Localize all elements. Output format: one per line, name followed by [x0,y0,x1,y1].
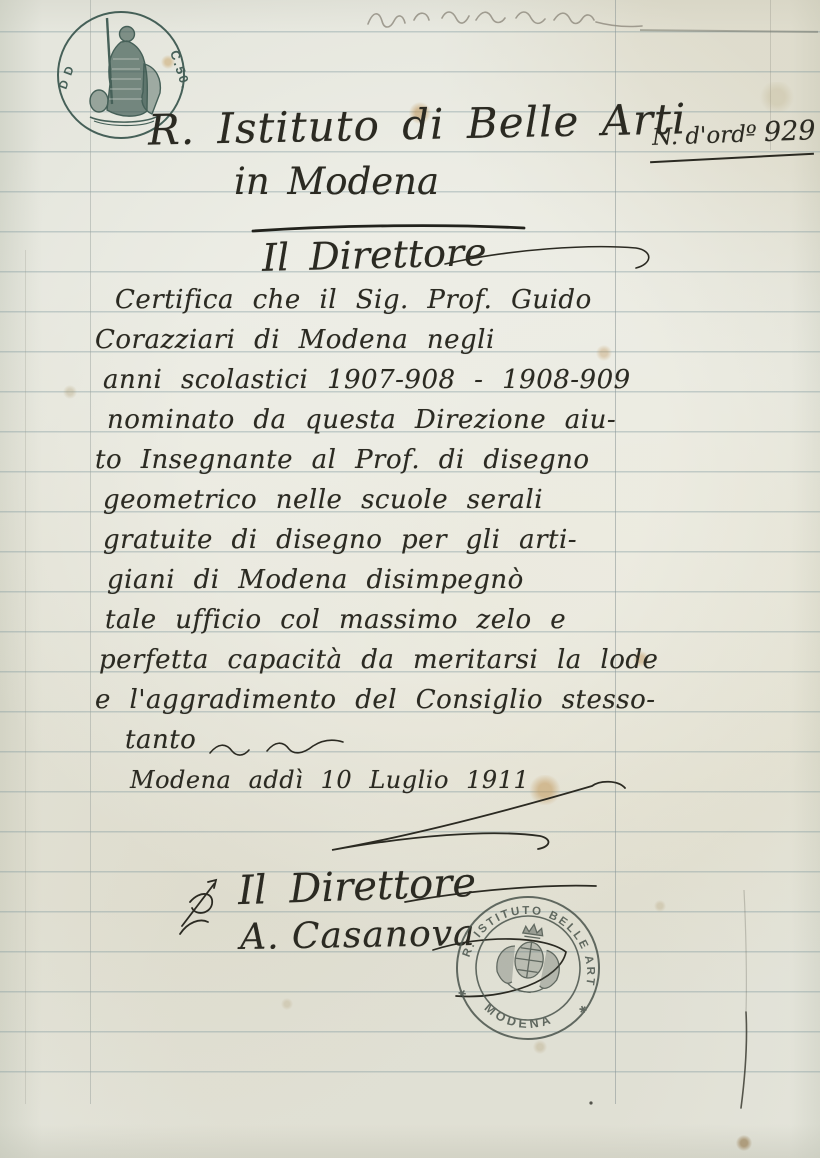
document-title: Il Direttore [261,230,487,280]
body-line: Corazziari di Modena negli [95,320,655,360]
pencil-annotation [358,0,648,36]
institute-city: in Modena [234,160,439,203]
round-stamp-star-right: ✱ [576,1003,589,1017]
revenue-denomination: C.50. [167,48,194,92]
left-crease-line [25,250,26,1104]
institute-name: R. Istituto di Belle Arti [148,94,687,154]
svg-text:MODENA: MODENA [480,999,558,1035]
body-line: perfetta capacità da meritarsi la lode [95,640,655,680]
body-line: giani di Modena disimpegnò [95,560,655,600]
body-line: to Insegnante al Prof. di disegno [95,440,655,480]
body-line: gratuite di disegno per gli arti- [95,520,655,560]
body-line: Certifica che il Sig. Prof. Guido [95,280,655,320]
body-line-date: Modena addì 10 Luglio 1911 [95,760,655,800]
body-line: tale ufficio col massimo zelo e [95,600,655,640]
document-page: C.50. DD R. Istituto di Belle Arti in Mo… [0,0,820,1158]
round-stamp-star-left: ✱ [457,988,469,1001]
signature-title: Il Direttore [237,860,476,914]
certificate-body: Certifica che il Sig. Prof. Guido Corazz… [95,280,655,800]
round-stamp-bottom-text: MODENA [480,999,558,1035]
per-mark [170,868,240,940]
body-line: tanto [95,720,655,760]
crease-mark [730,890,760,1120]
body-line: e l'aggradimento del Consiglio stesso- [95,680,655,720]
left-margin-line [90,0,91,1104]
order-number-block: N. d'ordº 929 [652,115,817,152]
body-line: anni scolastici 1907-908 - 1908-909 [95,360,655,400]
revenue-side-letters: DD [56,59,79,91]
body-line: nominato da questa Direzione aiu- [95,400,655,440]
top-right-rule-segment [640,29,818,33]
coat-of-arms-icon [494,920,565,996]
order-number-value: 929 [763,115,816,148]
signature-name: A. Casanova [240,913,476,958]
body-line: geometrico nelle scuole serali [95,480,655,520]
order-number-label: N. d'ordº [652,121,758,151]
order-number-underline [650,153,814,164]
